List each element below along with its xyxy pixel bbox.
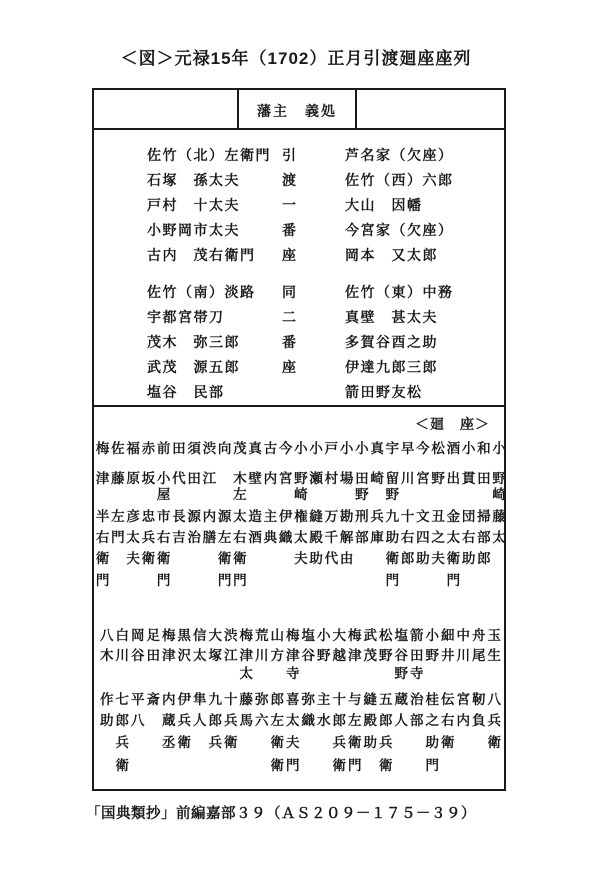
kaiza-grid-cell: 衛 [347, 731, 363, 751]
kaiza-grid-line: 八白岡足梅黒信大渋梅荒山梅塩小大梅武松塩箭小細中舟玉 [99, 624, 502, 641]
kaiza-grid-cell: 解 [339, 526, 354, 546]
kaiza-grid-cell: 四 [415, 526, 430, 546]
kaiza-grid-cell: 夫 [293, 547, 308, 567]
kaiza-grid-cell: 八 [130, 709, 146, 729]
daimyo-name-label: 藩主 義処 [237, 101, 357, 121]
kaiza-grid-cell: 黒 [177, 624, 193, 644]
kaiza-grid-cell: 部 [354, 526, 369, 546]
kaiza-grid-cell: 郎 [332, 709, 348, 729]
kaiza-grid-cell: 津 [161, 644, 177, 664]
kaiza-grid-cell: 茂 [363, 644, 379, 664]
kaiza-grid-cell: 太 [192, 644, 208, 664]
kaiza-grid-cell: 門 [347, 754, 363, 774]
kaiza-grid-cell: 伊 [278, 505, 293, 525]
kaiza-grid-cell: 九 [385, 505, 400, 525]
kaiza-grid-cell: 門 [95, 569, 110, 589]
kaiza-grid-cell: 寺 [409, 662, 425, 682]
seating-row: 佐竹（北）左衛門引芦名家（欠座） [94, 145, 504, 165]
kaiza-grid-cell: 野 [354, 483, 369, 503]
kaiza-grid-cell: 十 [332, 688, 348, 708]
kaiza-grid-cell: 太 [492, 526, 507, 546]
seating-row: 石塚 孫太夫渡佐竹（西）六郎 [94, 170, 504, 190]
kaiza-grid-cell: 山 [270, 624, 286, 644]
kaiza-grid-cell: 藤 [492, 505, 507, 525]
kaiza-grid-cell: 井 [440, 644, 456, 664]
kaiza-grid-cell: 桂 [425, 688, 441, 708]
kaiza-grid-cell: 六 [254, 709, 270, 729]
kaiza-grid-cell: 十 [400, 505, 415, 525]
seating-row: 佐竹（南）淡路同佐竹（東）中務 [94, 282, 504, 302]
kaiza-grid-cell: 人 [192, 709, 208, 729]
kaiza-grid-cell: 衛 [95, 547, 110, 567]
kaiza-grid-cell: 隼 [192, 688, 208, 708]
kaiza-grid-cell: 須 [187, 437, 202, 457]
kaiza-grid-cell: 小 [339, 437, 354, 457]
kaiza-grid-line: 衛衛門衛門衛門 [99, 754, 502, 771]
kaiza-grid-cell: 衛 [270, 731, 286, 751]
kaiza-grid-cell: 八 [99, 624, 115, 644]
kaiza-grid-cell: 弥 [254, 688, 270, 708]
kaiza-grid-cell: 由 [339, 547, 354, 567]
kaiza-grid-cell: 塩 [394, 624, 410, 644]
kaiza-grid-cell: 田 [146, 644, 162, 664]
kaiza-grid-cell: 衛 [115, 754, 131, 774]
kaiza-grid-cell: 夫 [285, 731, 301, 751]
kaiza-grid-cell: 谷 [130, 644, 146, 664]
kaiza-grid-cell: 寺 [285, 662, 301, 682]
kaiza-grid-cell: 信 [192, 624, 208, 644]
kaiza-grid-cell: 赤 [141, 437, 156, 457]
kaiza-grid-cell: 門 [425, 754, 441, 774]
kaiza-grid-cell: 渋 [202, 437, 217, 457]
kaiza-grid-cell: 野 [385, 483, 400, 503]
kaiza-grid-cell: 金 [446, 505, 461, 525]
retainer-name-right: 伊達九郎三郎 [345, 357, 438, 377]
kaiza-grid-cell: 左 [110, 505, 125, 525]
kaiza-grid-cell: 治 [187, 526, 202, 546]
document-page: ＜図＞元禄15年（1702）正月引渡廻座座列 藩主 義処 佐竹（北）左衛門引芦名… [0, 0, 592, 886]
retainer-name-left: 小野岡市太夫 [147, 220, 240, 240]
kaiza-grid-cell: 今 [278, 437, 293, 457]
seating-row: 武茂 源五郎座伊達九郎三郎 [94, 357, 504, 377]
seating-row: 茂木 弥三郎番多賀谷酉之助 [94, 332, 504, 352]
kaiza-grid-cell: 助 [99, 709, 115, 729]
kaiza-grid-cell: 塩 [301, 624, 317, 644]
kaiza-grid-cell: 茂 [232, 437, 247, 457]
kaiza-grid-cell: 忠 [141, 505, 156, 525]
kaiza-grid-cell: 前 [156, 437, 171, 457]
kaiza-grid-cell: 衛 [378, 754, 394, 774]
kaiza-grid-cell: 靭 [471, 688, 487, 708]
kaiza-grid-cell: 野 [316, 644, 332, 664]
kaiza-grid-line: 津藤原坂小代田江木壁内宮野瀬村場田崎留川宮野出貫田野 [95, 467, 507, 484]
column-heading-char: 座 [282, 357, 296, 377]
kaiza-grid-cell: 半 [95, 505, 110, 525]
kaiza-grid-cell: 戸 [324, 437, 339, 457]
kaiza-grid-cell: 屋 [156, 483, 171, 503]
kaiza-grid-cell: 権 [293, 505, 308, 525]
kaiza-grid-cell: 之 [431, 526, 446, 546]
kaiza-grid-cell: 蔵 [161, 709, 177, 729]
kaiza-grid-cell: 太 [293, 526, 308, 546]
seating-row: 戸村 十太夫一大山 因幡 [94, 195, 504, 215]
kaiza-grid-cell: 万 [324, 505, 339, 525]
kaiza-grid-cell: 織 [278, 526, 293, 546]
kaiza-grid-cell: 部 [409, 709, 425, 729]
kaiza-grid-cell: 真 [370, 437, 385, 457]
kaiza-grid-cell: 渋 [223, 624, 239, 644]
kaiza-grid-cell: 衛 [385, 547, 400, 567]
kaiza-grid-line: 作七平斎内伊隼九十藤弥郎喜弥主十与縫五蔵治桂伝宮靭八 [99, 688, 502, 705]
daimyo-header-row: 藩主 義処 [94, 90, 504, 130]
kaiza-grid-cell: 酒 [248, 526, 263, 546]
retainer-name-left: 戸村 十太夫 [147, 195, 240, 215]
kaiza-grid-cell: 酒 [446, 437, 461, 457]
kaiza-grid-cell: 助 [363, 731, 379, 751]
kaiza-grid-cell: 梅 [239, 624, 255, 644]
kaiza-grid-cell: 殿 [309, 526, 324, 546]
kaiza-grid-cell: 水 [316, 709, 332, 729]
kaiza-grid-cell: 衛 [177, 731, 193, 751]
kaiza-grid-cell: 助 [309, 547, 324, 567]
retainer-name-right: 真壁 甚太夫 [345, 307, 438, 327]
kaiza-grid-cell: 田 [171, 437, 186, 457]
kaiza-grid-cell: 野 [425, 644, 441, 664]
retainer-name-right: 箭田野友松 [345, 382, 423, 402]
kaiza-grid-cell: 市 [156, 505, 171, 525]
kaiza-grid-cell: 人 [394, 709, 410, 729]
kaiza-grid-line: 半左彦忠市長源内源太造主伊権縫万勘刑兵九十文丑金団掃藤 [95, 505, 507, 522]
kaiza-grid-cell: 五 [378, 688, 394, 708]
retainer-name-left: 宇都宮帯刀 [147, 307, 225, 327]
kaiza-grid-cell: 小 [354, 437, 369, 457]
kaiza-grid-cell: 早 [400, 437, 415, 457]
kaiza-grid-cell: 左 [270, 709, 286, 729]
kaiza-grid-cell: 千 [324, 526, 339, 546]
kaiza-grid-cell: 木 [99, 644, 115, 664]
kaiza-grid-cell: 門 [285, 754, 301, 774]
kaiza-grid-cell: 彦 [126, 505, 141, 525]
kaiza-grid-cell: 小 [461, 437, 476, 457]
kaiza-grid-cell: 兵 [370, 505, 385, 525]
kaiza-grid-cell: 門 [232, 569, 247, 589]
kaiza-grid-cell: 右 [95, 526, 110, 546]
kaiza-grid-cell: 右 [156, 526, 171, 546]
kaiza-grid-cell: 兵 [332, 731, 348, 751]
kaiza-grid-cell: 大 [332, 624, 348, 644]
seating-row: 古内 茂右衛門座岡本 又太郎 [94, 245, 504, 265]
seating-row: 宇都宮帯刀二真壁 甚太夫 [94, 307, 504, 327]
kaiza-grid-cell: 喜 [285, 688, 301, 708]
kaiza-grid-cell: 伊 [177, 688, 193, 708]
kaiza-grid-cell: 内 [161, 688, 177, 708]
kaiza-grid-cell: 足 [146, 624, 162, 644]
kaiza-grid-cell: 兵 [208, 731, 224, 751]
kaiza-grid-cell: 衛 [270, 754, 286, 774]
seating-chart-box: 藩主 義処 佐竹（北）左衛門引芦名家（欠座）石塚 孫太夫渡佐竹（西）六郎戸村 十… [92, 88, 506, 791]
kaiza-grid-cell: 野 [378, 644, 394, 664]
kaiza-grid-cell: 郎 [400, 547, 415, 567]
kaiza-grid-cell: 郎 [270, 688, 286, 708]
kaiza-grid-cell: 衛 [332, 754, 348, 774]
kaiza-grid-cell: 掃 [476, 505, 491, 525]
kaiza-grid-cell: 平 [130, 688, 146, 708]
kaiza-grid-cell: 小 [425, 624, 441, 644]
kaiza-grid-line: 助郎八蔵兵人郎兵馬六左太織水郎左殿郎人部之右内負兵 [99, 709, 502, 726]
kaiza-grid-cell: 助 [415, 547, 430, 567]
kaiza-grid-cell: 衛 [141, 547, 156, 567]
kaiza-grid-cell: 津 [239, 644, 255, 664]
kaiza-grid-cell: 大 [208, 624, 224, 644]
kaiza-grid-cell: 和 [476, 437, 491, 457]
kaiza-grid-cell: 部 [476, 526, 491, 546]
kaiza-grid-cell: 七 [115, 688, 131, 708]
kaiza-grid-cell: 門 [385, 569, 400, 589]
kaiza-grid-cell: 川 [254, 644, 270, 664]
kaiza-grid-cell: 衛 [156, 547, 171, 567]
kaiza-grid-cell: 門 [217, 569, 232, 589]
kaiza-grid-cell: 佐 [110, 437, 125, 457]
kaiza-grid-cell: 治 [409, 688, 425, 708]
kaiza-grid-cell: 与 [347, 688, 363, 708]
kaiza-grid-line: 太寺野寺 [99, 662, 502, 679]
kaiza-grid-cell: 馬 [239, 709, 255, 729]
kaiza-grid-cell: 尾 [471, 644, 487, 664]
kaiza-grid-cell: 小 [293, 437, 308, 457]
kaiza-grid-cell: 兵 [223, 709, 239, 729]
kaiza-grid-cell: 郎 [208, 709, 224, 729]
retainer-name-left: 武茂 源五郎 [147, 357, 240, 377]
kaiza-grid-line: 衛夫衛衛衛衛夫助代由衛郎助夫衛助郎 [95, 547, 507, 564]
kaiza-grid-cell: 衛 [446, 547, 461, 567]
column-heading-char: 同 [282, 282, 296, 302]
kaiza-grid-cell: 向 [217, 437, 232, 457]
kaiza-grid-cell: 玉 [487, 624, 503, 644]
source-citation: 「国典類抄」前編嘉部３９（ＡＳ２０９－１７５－３９） [0, 802, 562, 823]
kaiza-grid-cell: 内 [456, 709, 472, 729]
kaiza-grid-cell: 門 [110, 526, 125, 546]
kaiza-grid-cell: 夫 [431, 547, 446, 567]
kaiza-grid-cell: 主 [316, 688, 332, 708]
seating-row: 塩谷 民部箭田野友松 [94, 382, 504, 402]
kaiza-grid-cell: 宮 [456, 688, 472, 708]
seating-row: 小野岡市太夫番今宮家（欠座） [94, 220, 504, 240]
kaiza-grid-cell: 主 [263, 505, 278, 525]
kaiza-grid-cell: 兵 [115, 731, 131, 751]
kaiza-grid-cell: 小 [492, 437, 507, 457]
kaiza-grid-cell: 左 [217, 526, 232, 546]
kaiza-grid-cell: 塚 [208, 644, 224, 664]
retainer-name-right: 大山 因幡 [345, 195, 423, 215]
kaiza-grid-cell: 右 [461, 526, 476, 546]
kaiza-grid-cell: 長 [171, 505, 186, 525]
kaiza-grid-line: 兵丞衛兵衛衛夫兵衛助兵助衛衛 [99, 731, 502, 748]
kaiza-grid-cell: 十 [223, 688, 239, 708]
retainer-name-right: 今宮家（欠座） [345, 220, 454, 240]
kaiza-grid-cell: 左 [232, 483, 247, 503]
kaiza-grid-cell: 源 [187, 505, 202, 525]
column-heading-char: 座 [282, 245, 296, 265]
kaiza-grid-cell: 古 [263, 437, 278, 457]
retainer-name-right: 佐竹（東）中務 [345, 282, 454, 302]
kaiza-grid-cell: 谷 [394, 644, 410, 664]
retainer-name-left: 佐竹（北）左衛門 [147, 145, 271, 165]
kaiza-grid-cell: 兵 [487, 709, 503, 729]
kaiza-grid-cell: 門 [446, 569, 461, 589]
retainer-name-right: 佐竹（西）六郎 [345, 170, 454, 190]
kaiza-grid-cell: 田 [409, 644, 425, 664]
kaiza-grid-cell: 殿 [363, 709, 379, 729]
kaiza-grid-cell: 中 [456, 624, 472, 644]
kaiza-grid-cell: 夫 [126, 547, 141, 567]
kaiza-grid-cell: 津 [347, 644, 363, 664]
kaiza-grid-cell: 団 [461, 505, 476, 525]
kaiza-grid-cell: 源 [217, 505, 232, 525]
retainer-name-right: 芦名家（欠座） [345, 145, 454, 165]
kaiza-grid-cell: 衛 [232, 547, 247, 567]
kaiza-grid-cell: 武 [363, 624, 379, 644]
kaiza-grid-cell: 負 [471, 709, 487, 729]
kaiza-grid-cell: 刑 [354, 505, 369, 525]
column-heading-char: 引 [282, 145, 296, 165]
kaiza-grid-cell: 川 [456, 644, 472, 664]
kaiza-grid-cell: 沢 [177, 644, 193, 664]
column-heading-char: 番 [282, 332, 296, 352]
kaiza-grid-cell: 内 [202, 505, 217, 525]
kaiza-grid-cell: 縫 [309, 505, 324, 525]
column-heading-char: 渡 [282, 170, 296, 190]
kaiza-grid-cell: 庫 [370, 526, 385, 546]
kaiza-grid-cell: 太 [232, 505, 247, 525]
page-title: ＜図＞元禄15年（1702）正月引渡廻座座列 [0, 44, 592, 69]
kaiza-grid-line: 右門太兵右吉治膳左右酒典織太殿千解部庫助右四之太右部太 [95, 526, 507, 543]
kaiza-grid-cell: 兵 [378, 731, 394, 751]
kaiza-grid-cell: 膳 [202, 526, 217, 546]
kaiza-grid-cell: 梅 [95, 437, 110, 457]
kaiza-grid-cell: 津 [285, 644, 301, 664]
kaiza-grid-cell: 松 [431, 437, 446, 457]
kaiza-grid-cell: 丑 [431, 505, 446, 525]
kaiza-grid-cell: 吉 [171, 526, 186, 546]
kaiza-grid-cell: 蔵 [394, 688, 410, 708]
kaiza-grid-cell: 松 [378, 624, 394, 644]
kaiza-section-divider [94, 405, 504, 407]
kaiza-grid-cell: 右 [400, 526, 415, 546]
kaiza-grid-cell: 江 [223, 644, 239, 664]
kaiza-grid-cell: 宇 [385, 437, 400, 457]
kaiza-grid-cell: 斎 [146, 688, 162, 708]
retainer-name-right: 岡本 又太郎 [345, 245, 438, 265]
kaiza-grid-cell: 福 [126, 437, 141, 457]
kaiza-grid-cell: 川 [115, 644, 131, 664]
kaiza-grid-cell: 箭 [409, 624, 425, 644]
kaiza-grid-cell: 代 [324, 547, 339, 567]
kaiza-grid-cell: 郎 [115, 709, 131, 729]
retainer-name-left: 佐竹（南）淡路 [147, 282, 256, 302]
kaiza-grid-line: 梅佐福赤前田須渋向茂真古今小小戸小小真宇早今松酒小和小 [95, 437, 507, 454]
kaiza-grid-cell: 文 [415, 505, 430, 525]
kaiza-grid-cell: 之 [425, 709, 441, 729]
column-heading-char: 番 [282, 220, 296, 240]
kaiza-grid-cell: 真 [248, 437, 263, 457]
kaiza-grid-cell: 九 [208, 688, 224, 708]
kaiza-grid-cell: 助 [385, 526, 400, 546]
kaiza-grid-cell: 今 [415, 437, 430, 457]
kaiza-grid-line: 屋左崎野野崎 [95, 483, 507, 500]
kaiza-grid-cell: 伝 [440, 688, 456, 708]
kaiza-grid-cell: 郎 [378, 709, 394, 729]
kaiza-grid-cell: 梅 [161, 624, 177, 644]
kaiza-grid-cell: 太 [126, 526, 141, 546]
column-heading-char: 一 [282, 195, 296, 215]
kaiza-grid-cell: 衛 [440, 731, 456, 751]
kaiza-grid-cell: 兵 [141, 526, 156, 546]
kaiza-grid-cell: 舟 [471, 624, 487, 644]
kaiza-grid-cell: 典 [263, 526, 278, 546]
kaiza-grid-cell: 兵 [177, 709, 193, 729]
kaiza-grid-cell: 左 [347, 709, 363, 729]
kaiza-section-label: ＜廻 座＞ [415, 414, 490, 434]
retainer-name-left: 古内 茂右衛門 [147, 245, 256, 265]
kaiza-grid-cell: 梅 [347, 624, 363, 644]
column-heading-char: 二 [282, 307, 296, 327]
kaiza-grid-cell: 岡 [130, 624, 146, 644]
retainer-name-left: 茂木 弥三郎 [147, 332, 240, 352]
kaiza-grid-cell: 造 [248, 505, 263, 525]
kaiza-grid-cell: 太 [446, 526, 461, 546]
kaiza-grid-cell: 衛 [217, 547, 232, 567]
kaiza-grid-cell: 越 [332, 644, 348, 664]
kaiza-grid-cell: 助 [425, 731, 441, 751]
kaiza-grid-cell: 八 [487, 688, 503, 708]
kaiza-grid-cell: 太 [285, 709, 301, 729]
kaiza-grid-cell: 谷 [301, 644, 317, 664]
retainer-name-right: 多賀谷酉之助 [345, 332, 438, 352]
kaiza-grid-cell: 右 [440, 709, 456, 729]
kaiza-grid-cell: 藤 [239, 688, 255, 708]
kaiza-grid-cell: 門 [156, 569, 171, 589]
kaiza-grid-cell: 衛 [223, 731, 239, 751]
kaiza-grid-cell: 縫 [363, 688, 379, 708]
kaiza-grid-cell: 白 [115, 624, 131, 644]
kaiza-grid-cell: 作 [99, 688, 115, 708]
kaiza-grid-line: 門門門門門門 [95, 569, 507, 586]
kaiza-grid-cell: 方 [270, 644, 286, 664]
kaiza-grid-cell: 梅 [285, 624, 301, 644]
kaiza-grid-cell: 小 [309, 437, 324, 457]
kaiza-grid-cell: 生 [487, 644, 503, 664]
kaiza-grid-cell: 細 [440, 624, 456, 644]
kaiza-grid-cell: 衛 [487, 731, 503, 751]
kaiza-grid-cell: 勘 [339, 505, 354, 525]
kaiza-grid-cell: 助 [461, 547, 476, 567]
kaiza-grid-cell: 丞 [161, 731, 177, 751]
kaiza-grid-cell: 弥 [301, 688, 317, 708]
kaiza-grid-cell: 荒 [254, 624, 270, 644]
kaiza-grid-line: 木川谷田津沢太塚江津川方津谷野越津茂野谷田野井川尾生 [99, 644, 502, 661]
retainer-name-left: 塩谷 民部 [147, 382, 225, 402]
kaiza-grid-cell: 小 [316, 624, 332, 644]
kaiza-grid-cell: 崎 [492, 483, 507, 503]
kaiza-grid-cell: 崎 [293, 483, 308, 503]
kaiza-grid-cell: 織 [301, 709, 317, 729]
kaiza-grid-cell: 野 [394, 662, 410, 682]
kaiza-grid-cell: 郎 [476, 547, 491, 567]
retainer-name-left: 石塚 孫太夫 [147, 170, 240, 190]
kaiza-grid-cell: 太 [239, 662, 255, 682]
kaiza-grid-cell: 右 [232, 526, 247, 546]
